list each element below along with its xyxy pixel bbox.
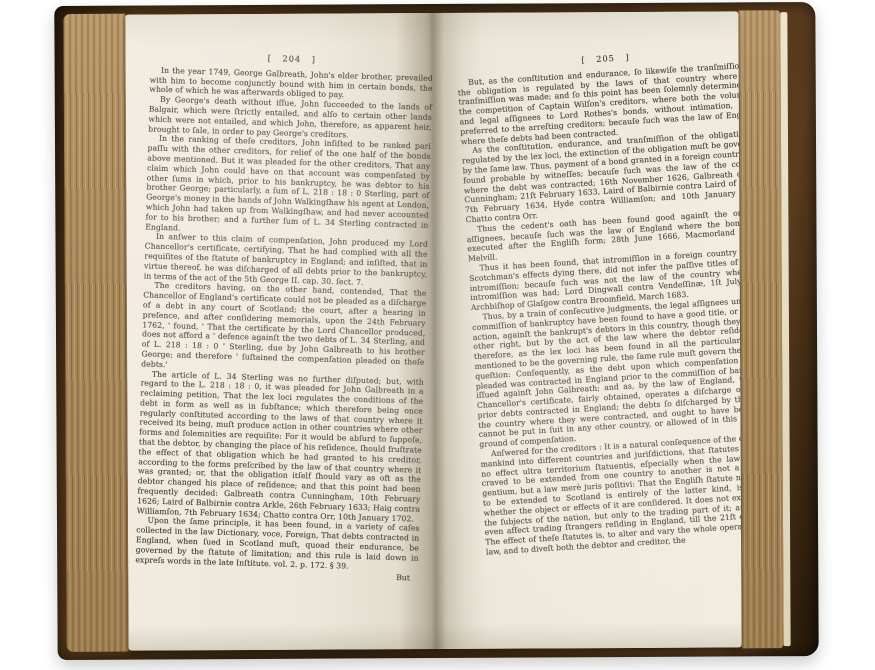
paragraph: Thus, by a train of conſecutive judgment… <box>471 295 741 450</box>
photo-background: [ 204 ] In the year 1749, George Galbrea… <box>0 0 875 670</box>
page-block-edge-left <box>63 14 128 652</box>
paragraph: Anſwered for the creditors : It is a nat… <box>480 432 742 558</box>
paragraph: In the ranking of theſe creditors, John … <box>145 134 431 240</box>
open-book: [ 204 ] In the year 1749, George Galbrea… <box>54 2 818 660</box>
paragraph: The creditors having, on the other hand,… <box>141 281 426 378</box>
paragraph: Upon the ſame principle, it has been fou… <box>135 516 419 573</box>
paragraph: The article of L. 34 Sterling was no fur… <box>137 369 424 524</box>
paragraph: In anſwer to this claim of compenſation,… <box>144 232 428 289</box>
left-page-text: [ 204 ] In the year 1749, George Galbrea… <box>133 50 433 633</box>
page-block-edge-right <box>738 10 783 648</box>
page-spread: [ 204 ] In the year 1749, George Galbrea… <box>125 11 741 650</box>
right-page-text: [ 205 ] But, as the conſtitution and end… <box>456 45 742 647</box>
